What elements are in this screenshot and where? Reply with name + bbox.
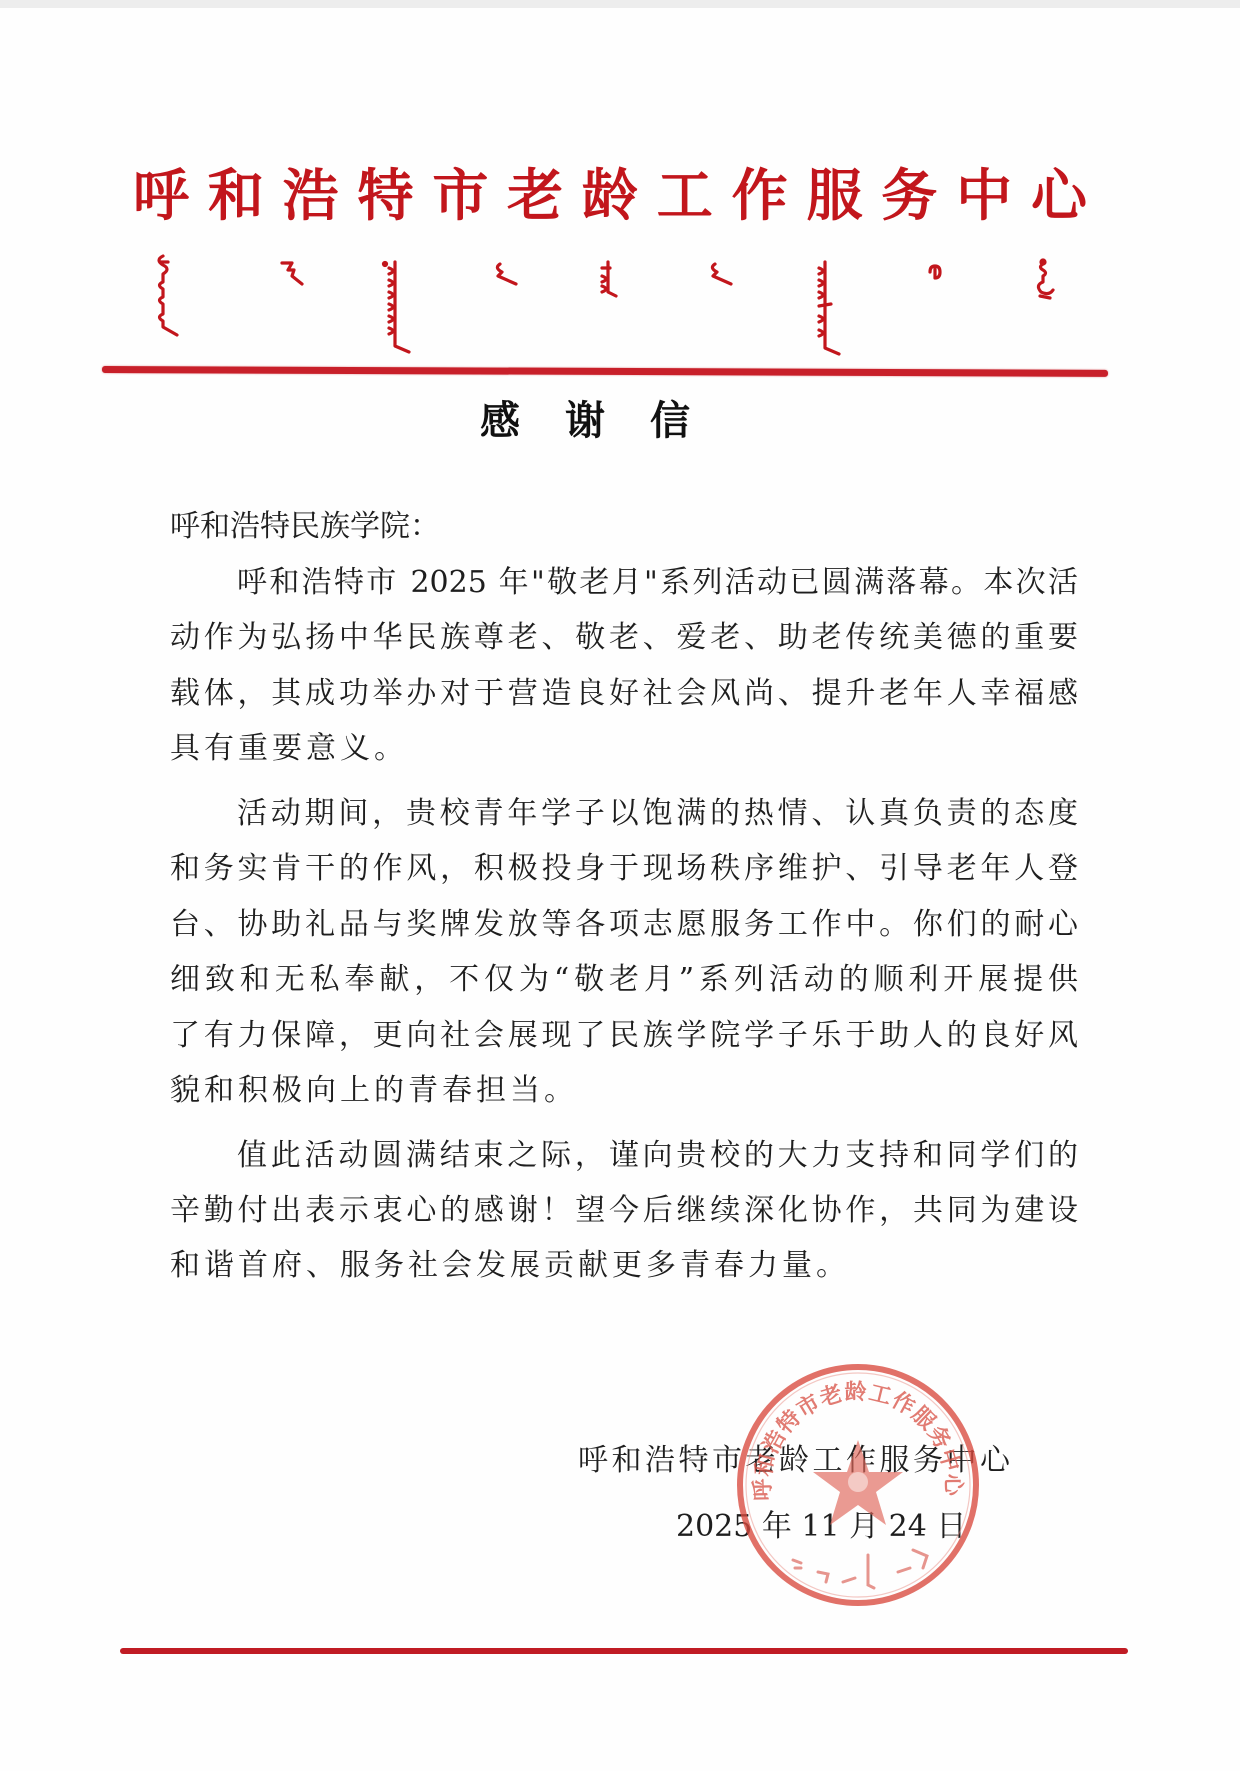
body-line: 和务实肯干的作风，积极投身于现场秩序维护、引导老年人登 bbox=[170, 849, 1078, 889]
letterhead-char: 呼 bbox=[130, 160, 192, 232]
body-line: 具有重要意义。 bbox=[170, 729, 1078, 769]
letterhead-char: 和 bbox=[205, 160, 267, 232]
letterhead-char: 老 bbox=[504, 160, 566, 232]
body-line: 动作为弘扬中华民族尊老、敬老、爱老、助老传统美德的重要 bbox=[170, 618, 1078, 658]
body-line: 和谐首府、服务社会发展贡献更多青春力量。 bbox=[170, 1246, 1078, 1286]
document-title: 感 谢 信 bbox=[480, 392, 690, 442]
letterhead-char: 浩 bbox=[280, 160, 342, 232]
signature-date: 2025 年 11 月 24 日 bbox=[676, 1506, 954, 1548]
body-line: 貌和积极向上的青春担当。 bbox=[170, 1071, 1078, 1111]
body-line: 值此活动圆满结束之际，谨向贵校的大力支持和同学们的 bbox=[237, 1136, 1078, 1176]
body-line: 细致和无私奉献，不仅为“敬老月”系列活动的顺利开展提供 bbox=[170, 960, 1078, 1000]
letterhead-org-name: 呼 和 浩 特 市 老 龄 工 作 服 务 中 心 bbox=[130, 160, 1090, 232]
official-seal: 呼和浩特市老龄工作服务中心 bbox=[733, 1360, 983, 1610]
signature-org: 呼和浩特市老龄工作服务中心 bbox=[578, 1440, 1010, 1482]
letterhead-char: 心 bbox=[1028, 160, 1090, 232]
body-line: 呼和浩特市 2025 年"敬老月"系列活动已圆满落幕。本次活 bbox=[237, 563, 1078, 603]
body-line: 载体，其成功举办对于营造良好社会风尚、提升老年人幸福感 bbox=[170, 674, 1078, 714]
salutation: 呼和浩特民族学院： bbox=[170, 507, 1078, 547]
top-strip bbox=[0, 0, 1240, 8]
body-line: 了有力保障，更向社会展现了民族学院学子乐于助人的良好风 bbox=[170, 1016, 1078, 1056]
footer-divider-line bbox=[120, 1648, 1128, 1654]
letterhead-char: 中 bbox=[953, 160, 1015, 232]
body-line: 辛勤付出表示衷心的感谢！望今后继续深化协作，共同为建设 bbox=[170, 1191, 1078, 1231]
title-char: 感 bbox=[480, 389, 520, 446]
letterhead-char: 工 bbox=[654, 160, 716, 232]
letterhead-char: 市 bbox=[429, 160, 491, 232]
body-line: 台、协助礼品与奖牌发放等各项志愿服务工作中。你们的耐心 bbox=[170, 905, 1078, 945]
letterhead-char: 服 bbox=[803, 160, 865, 232]
body-line: 活动期间，贵校青年学子以饱满的热情、认真负责的态度 bbox=[237, 794, 1078, 834]
letterhead-divider-line bbox=[102, 366, 1108, 377]
letterhead-char: 作 bbox=[729, 160, 791, 232]
letterhead-char: 特 bbox=[354, 160, 416, 232]
letterhead-char: 务 bbox=[878, 160, 940, 232]
title-char: 信 bbox=[650, 389, 690, 446]
title-char: 谢 bbox=[565, 389, 605, 446]
letterhead-char: 龄 bbox=[579, 160, 641, 232]
